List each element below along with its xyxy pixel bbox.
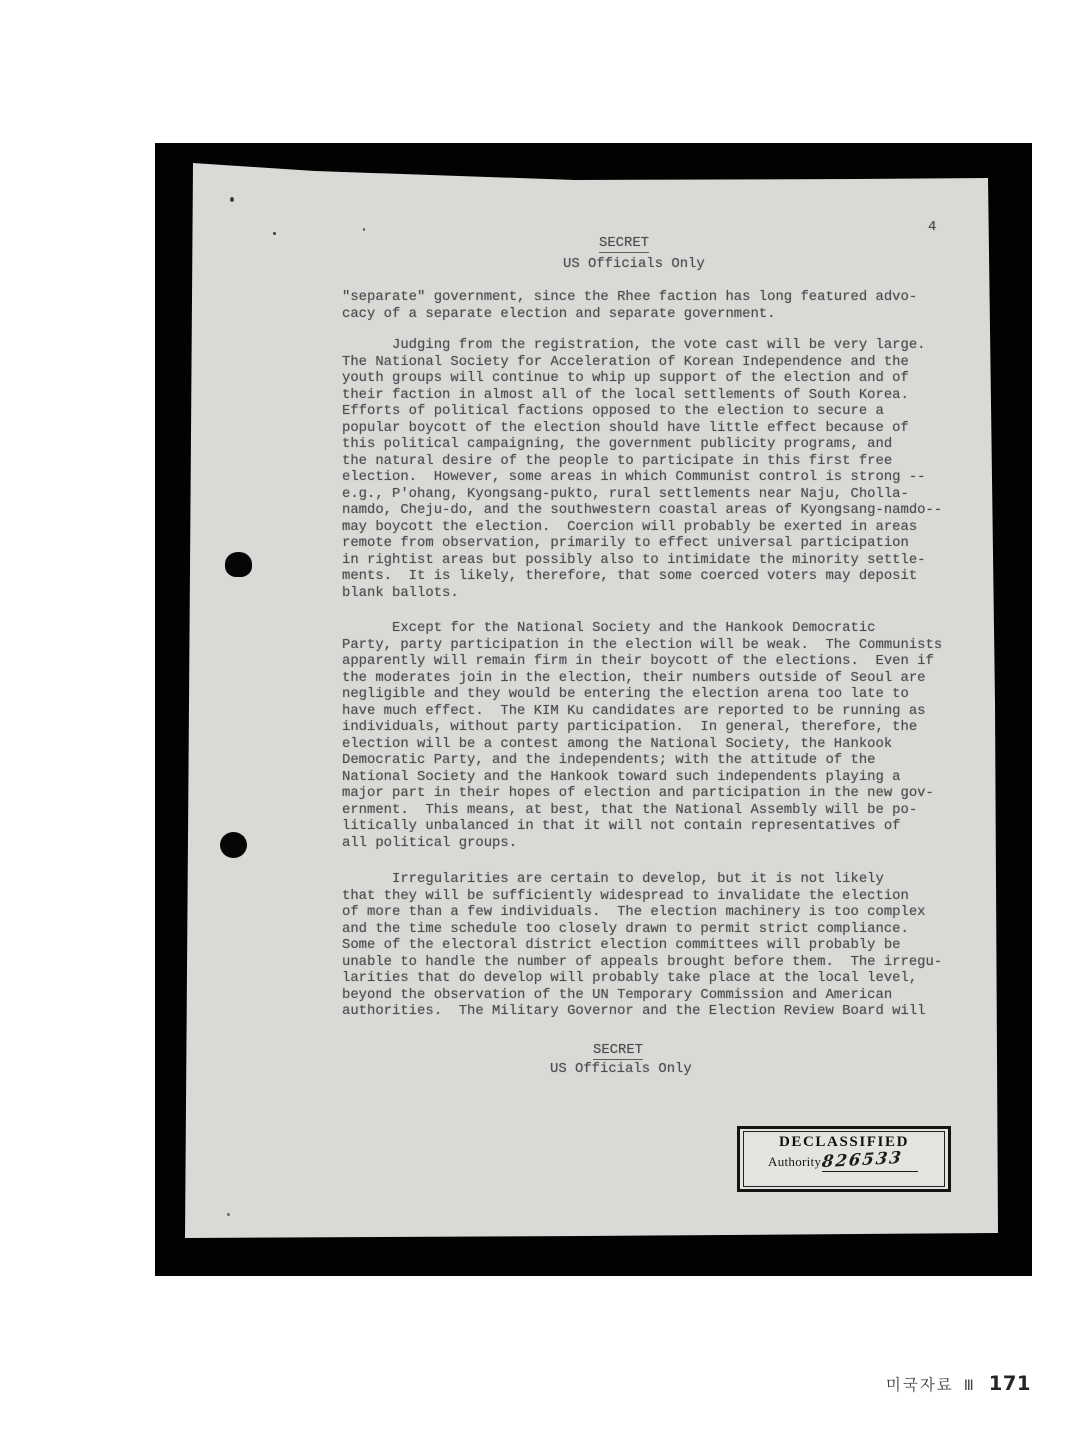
header-classification-text: SECRET [599, 235, 649, 253]
authority-label: Authority [768, 1154, 821, 1170]
archive-caption-volume: Ⅲ [964, 1378, 974, 1394]
header-restriction: US Officials Only [563, 256, 705, 272]
punch-hole-bottom [220, 832, 247, 858]
footer-classification-text: SECRET [593, 1042, 643, 1060]
scan-speck [227, 1213, 230, 1216]
paragraph-2: Judging from the registration, the vote … [342, 337, 942, 601]
paragraph-3: Except for the National Society and the … [342, 620, 942, 851]
paragraph-4: Irregularities are certain to develop, b… [342, 871, 942, 1020]
scan-background: 4 SECRET US Officials Only "separate" go… [155, 143, 1032, 1276]
archive-caption: 미국자료 Ⅲ 171 [0, 1372, 1031, 1395]
header-classification: SECRET [599, 235, 649, 251]
scan-speck [273, 232, 276, 235]
declassified-stamp-title: DECLASSIFIED [744, 1134, 944, 1151]
footer-classification: SECRET [593, 1042, 643, 1058]
punch-hole-top [225, 552, 252, 577]
page-number: 4 [928, 219, 936, 235]
scan-speck [230, 197, 234, 202]
document-page: 4 SECRET US Officials Only "separate" go… [155, 143, 1032, 1276]
declassified-stamp-authority-row: Authority 826533 [744, 1151, 944, 1172]
archive-caption-page: 171 [989, 1372, 1031, 1395]
paragraph-1: "separate" government, since the Rhee fa… [342, 289, 917, 322]
authority-number-underline: 826533 [822, 1151, 918, 1172]
scan-speck [363, 228, 365, 231]
archive-caption-collection: 미국자료 [886, 1373, 954, 1395]
declassified-stamp: DECLASSIFIED Authority 826533 [737, 1126, 951, 1192]
authority-number-handwritten: 826533 [821, 1148, 904, 1171]
declassified-stamp-inner: DECLASSIFIED Authority 826533 [743, 1131, 945, 1187]
footer-restriction: US Officials Only [550, 1061, 692, 1077]
